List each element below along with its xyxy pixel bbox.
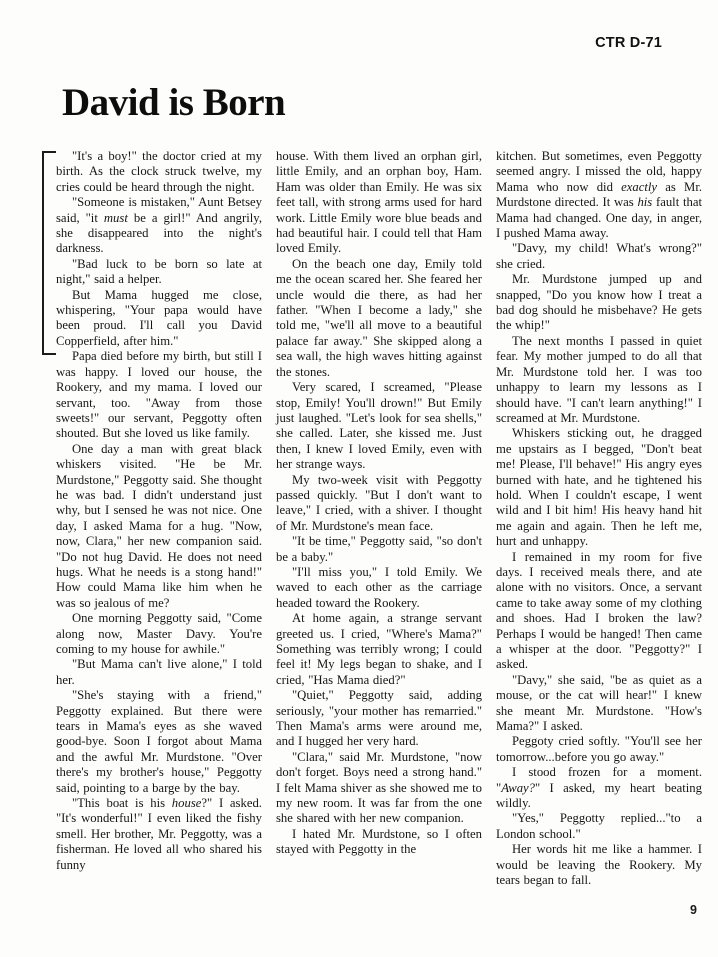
paragraph: Papa died before my birth, but still I w… bbox=[56, 349, 262, 441]
header-code: CTR D-71 bbox=[595, 35, 662, 51]
article-body: "It's a boy!" the doctor cried at my bir… bbox=[56, 149, 702, 889]
paragraph: One morning Peggotty said, "Come along n… bbox=[56, 611, 262, 657]
paragraph: "I'll miss you," I told Emily. We waved … bbox=[276, 565, 482, 611]
paragraph: "It be time," Peggotty said, "so don't b… bbox=[276, 534, 482, 565]
paragraph: "Davy, my child! What's wrong?" she crie… bbox=[496, 241, 702, 272]
paragraph: "She's staying with a friend," Peggotty … bbox=[56, 688, 262, 796]
paragraph: I remained in my room for five days. I r… bbox=[496, 550, 702, 673]
paragraph: house. With them lived an orphan girl, l… bbox=[276, 149, 482, 257]
paragraph: "It's a boy!" the doctor cried at my bir… bbox=[56, 149, 262, 195]
paragraph: The next months I passed in quiet fear. … bbox=[496, 334, 702, 426]
text-column-2: house. With them lived an orphan girl, l… bbox=[276, 149, 482, 889]
page-number: 9 bbox=[690, 903, 697, 917]
paragraph: "Bad luck to be born so late at night," … bbox=[56, 257, 262, 288]
paragraph: Peggoty cried softly. "You'll see her to… bbox=[496, 734, 702, 765]
paragraph: "This boat is his house?" I asked. "It's… bbox=[56, 796, 262, 873]
paragraph: "Quiet," Peggotty said, adding seriously… bbox=[276, 688, 482, 750]
paragraph: kitchen. But sometimes, even Peggotty se… bbox=[496, 149, 702, 241]
paragraph: On the beach one day, Emily told me the … bbox=[276, 257, 482, 380]
paragraph: I hated Mr. Murdstone, so I often stayed… bbox=[276, 827, 482, 858]
page-title: David is Born bbox=[62, 80, 285, 125]
paragraph: "Davy," she said, "be as quiet as a mous… bbox=[496, 673, 702, 735]
paragraph: I stood frozen for a moment. "Away?" I a… bbox=[496, 765, 702, 811]
paragraph: Mr. Murdstone jumped up and snapped, "Do… bbox=[496, 272, 702, 334]
document-page: CTR D-71 David is Born "It's a boy!" the… bbox=[0, 0, 718, 957]
paragraph: "Yes," Peggotty replied..."to a London s… bbox=[496, 811, 702, 842]
paragraph: My two-week visit with Peggotty passed q… bbox=[276, 473, 482, 535]
paragraph: "Someone is mistaken," Aunt Betsey said,… bbox=[56, 195, 262, 257]
excerpt-bracket bbox=[42, 151, 56, 355]
text-column-1: "It's a boy!" the doctor cried at my bir… bbox=[56, 149, 262, 889]
paragraph: At home again, a strange servant greeted… bbox=[276, 611, 482, 688]
paragraph: "But Mama can't live alone," I told her. bbox=[56, 657, 262, 688]
paragraph: Whiskers sticking out, he dragged me ups… bbox=[496, 426, 702, 549]
paragraph: One day a man with great black whiskers … bbox=[56, 442, 262, 611]
paragraph: Very scared, I screamed, "Please stop, E… bbox=[276, 380, 482, 472]
paragraph: Her words hit me like a hammer. I would … bbox=[496, 842, 702, 888]
text-column-3: kitchen. But sometimes, even Peggotty se… bbox=[496, 149, 702, 889]
paragraph: But Mama hugged me close, whispering, "Y… bbox=[56, 288, 262, 350]
paragraph: "Clara," said Mr. Murdstone, "now don't … bbox=[276, 750, 482, 827]
